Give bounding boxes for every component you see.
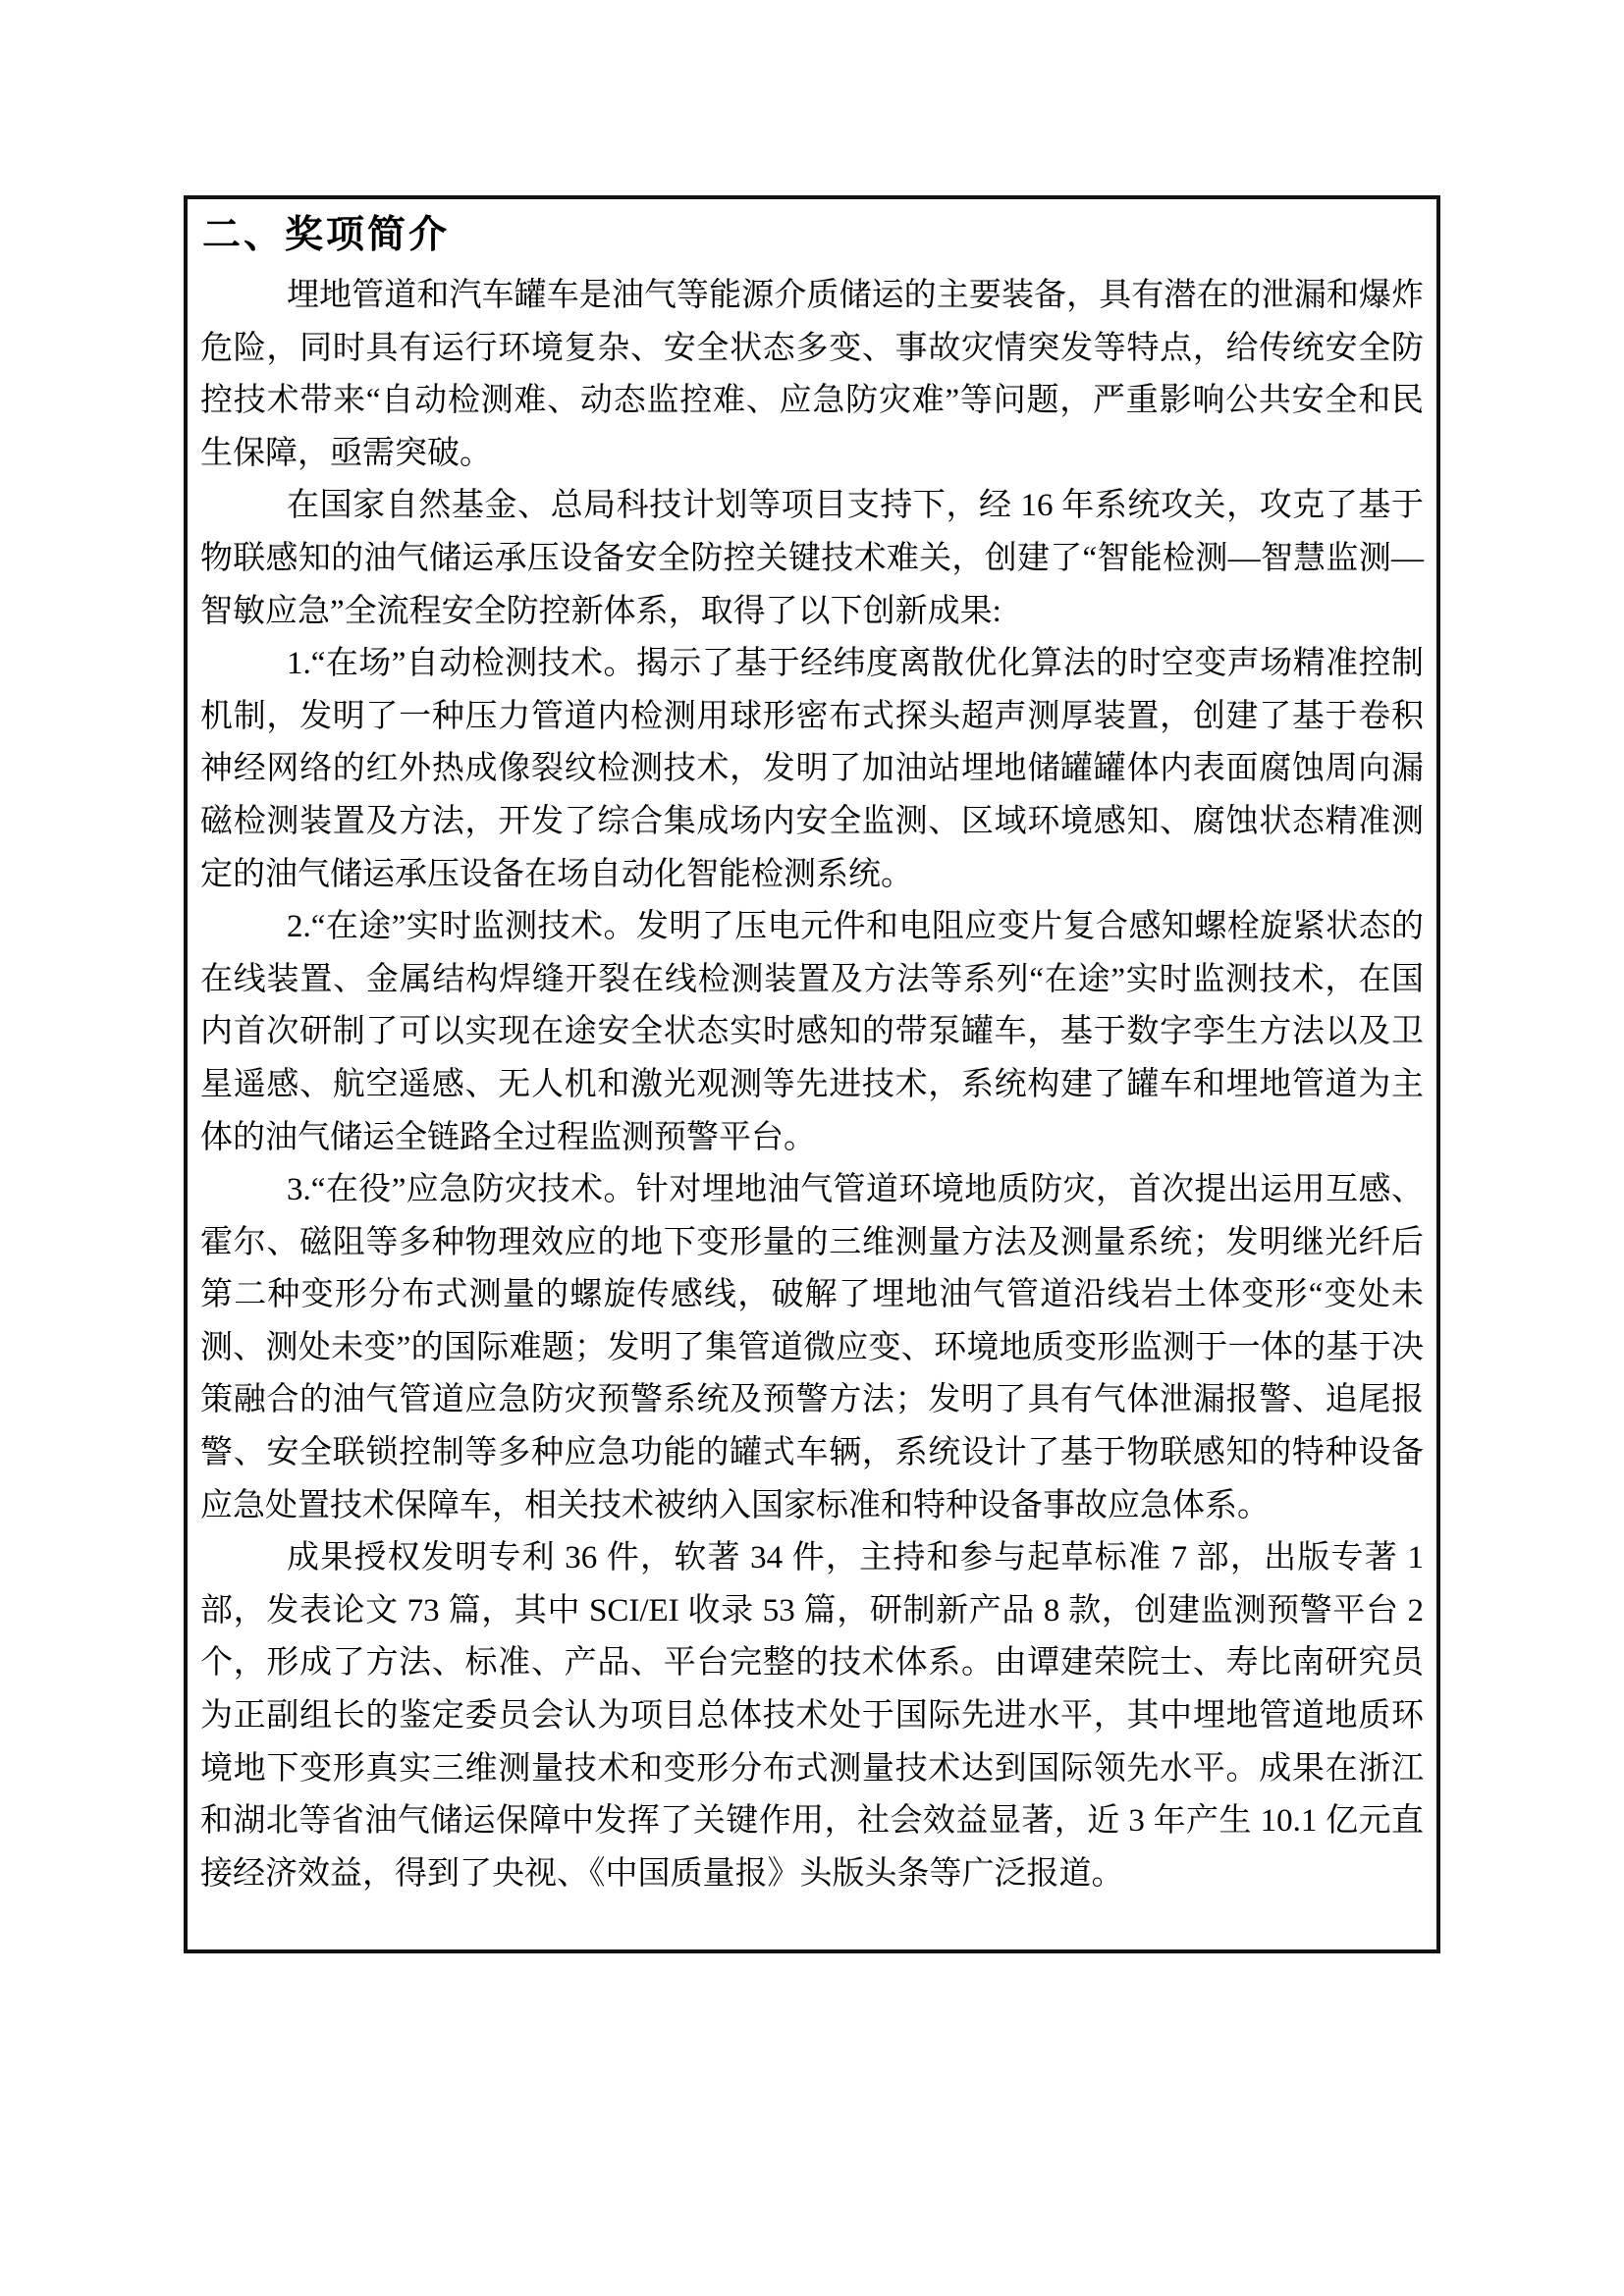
paragraph-results-and-impact: 成果授权发明专利 36 件，软著 34 件，主持和参与起草标准 7 部，出版专著… (200, 1532, 1424, 1900)
paragraph-achievement-1-onsite-detection: 1.“在场”自动检测技术。揭示了基于经纬度离散优化算法的时空变声场精准控制机制，… (200, 638, 1424, 901)
paragraph-project-overview: 在国家自然基金、总局科技计划等项目支持下，经 16 年系统攻关，攻克了基于物联感… (200, 480, 1424, 638)
section-title: 二、奖项简介 (202, 213, 1424, 258)
award-summary-box: 二、奖项简介 埋地管道和汽车罐车是油气等能源介质储运的主要装备，具有潜在的泄漏和… (184, 195, 1440, 1953)
paragraph-background: 埋地管道和汽车罐车是油气等能源介质储运的主要装备，具有潜在的泄漏和爆炸危险，同时… (200, 270, 1424, 480)
section-body: 埋地管道和汽车罐车是油气等能源介质储运的主要装备，具有潜在的泄漏和爆炸危险，同时… (200, 270, 1424, 1900)
document-page: 二、奖项简介 埋地管道和汽车罐车是油气等能源介质储运的主要装备，具有潜在的泄漏和… (0, 0, 1624, 2296)
paragraph-achievement-2-intransit-monitoring: 2.“在途”实时监测技术。发明了压电元件和电阻应变片复合感知螺栓旋紧状态的在线装… (200, 901, 1424, 1164)
paragraph-achievement-3-inservice-emergency: 3.“在役”应急防灾技术。针对埋地油气管道环境地质防灾，首次提出运用互感、霍尔、… (200, 1164, 1424, 1532)
